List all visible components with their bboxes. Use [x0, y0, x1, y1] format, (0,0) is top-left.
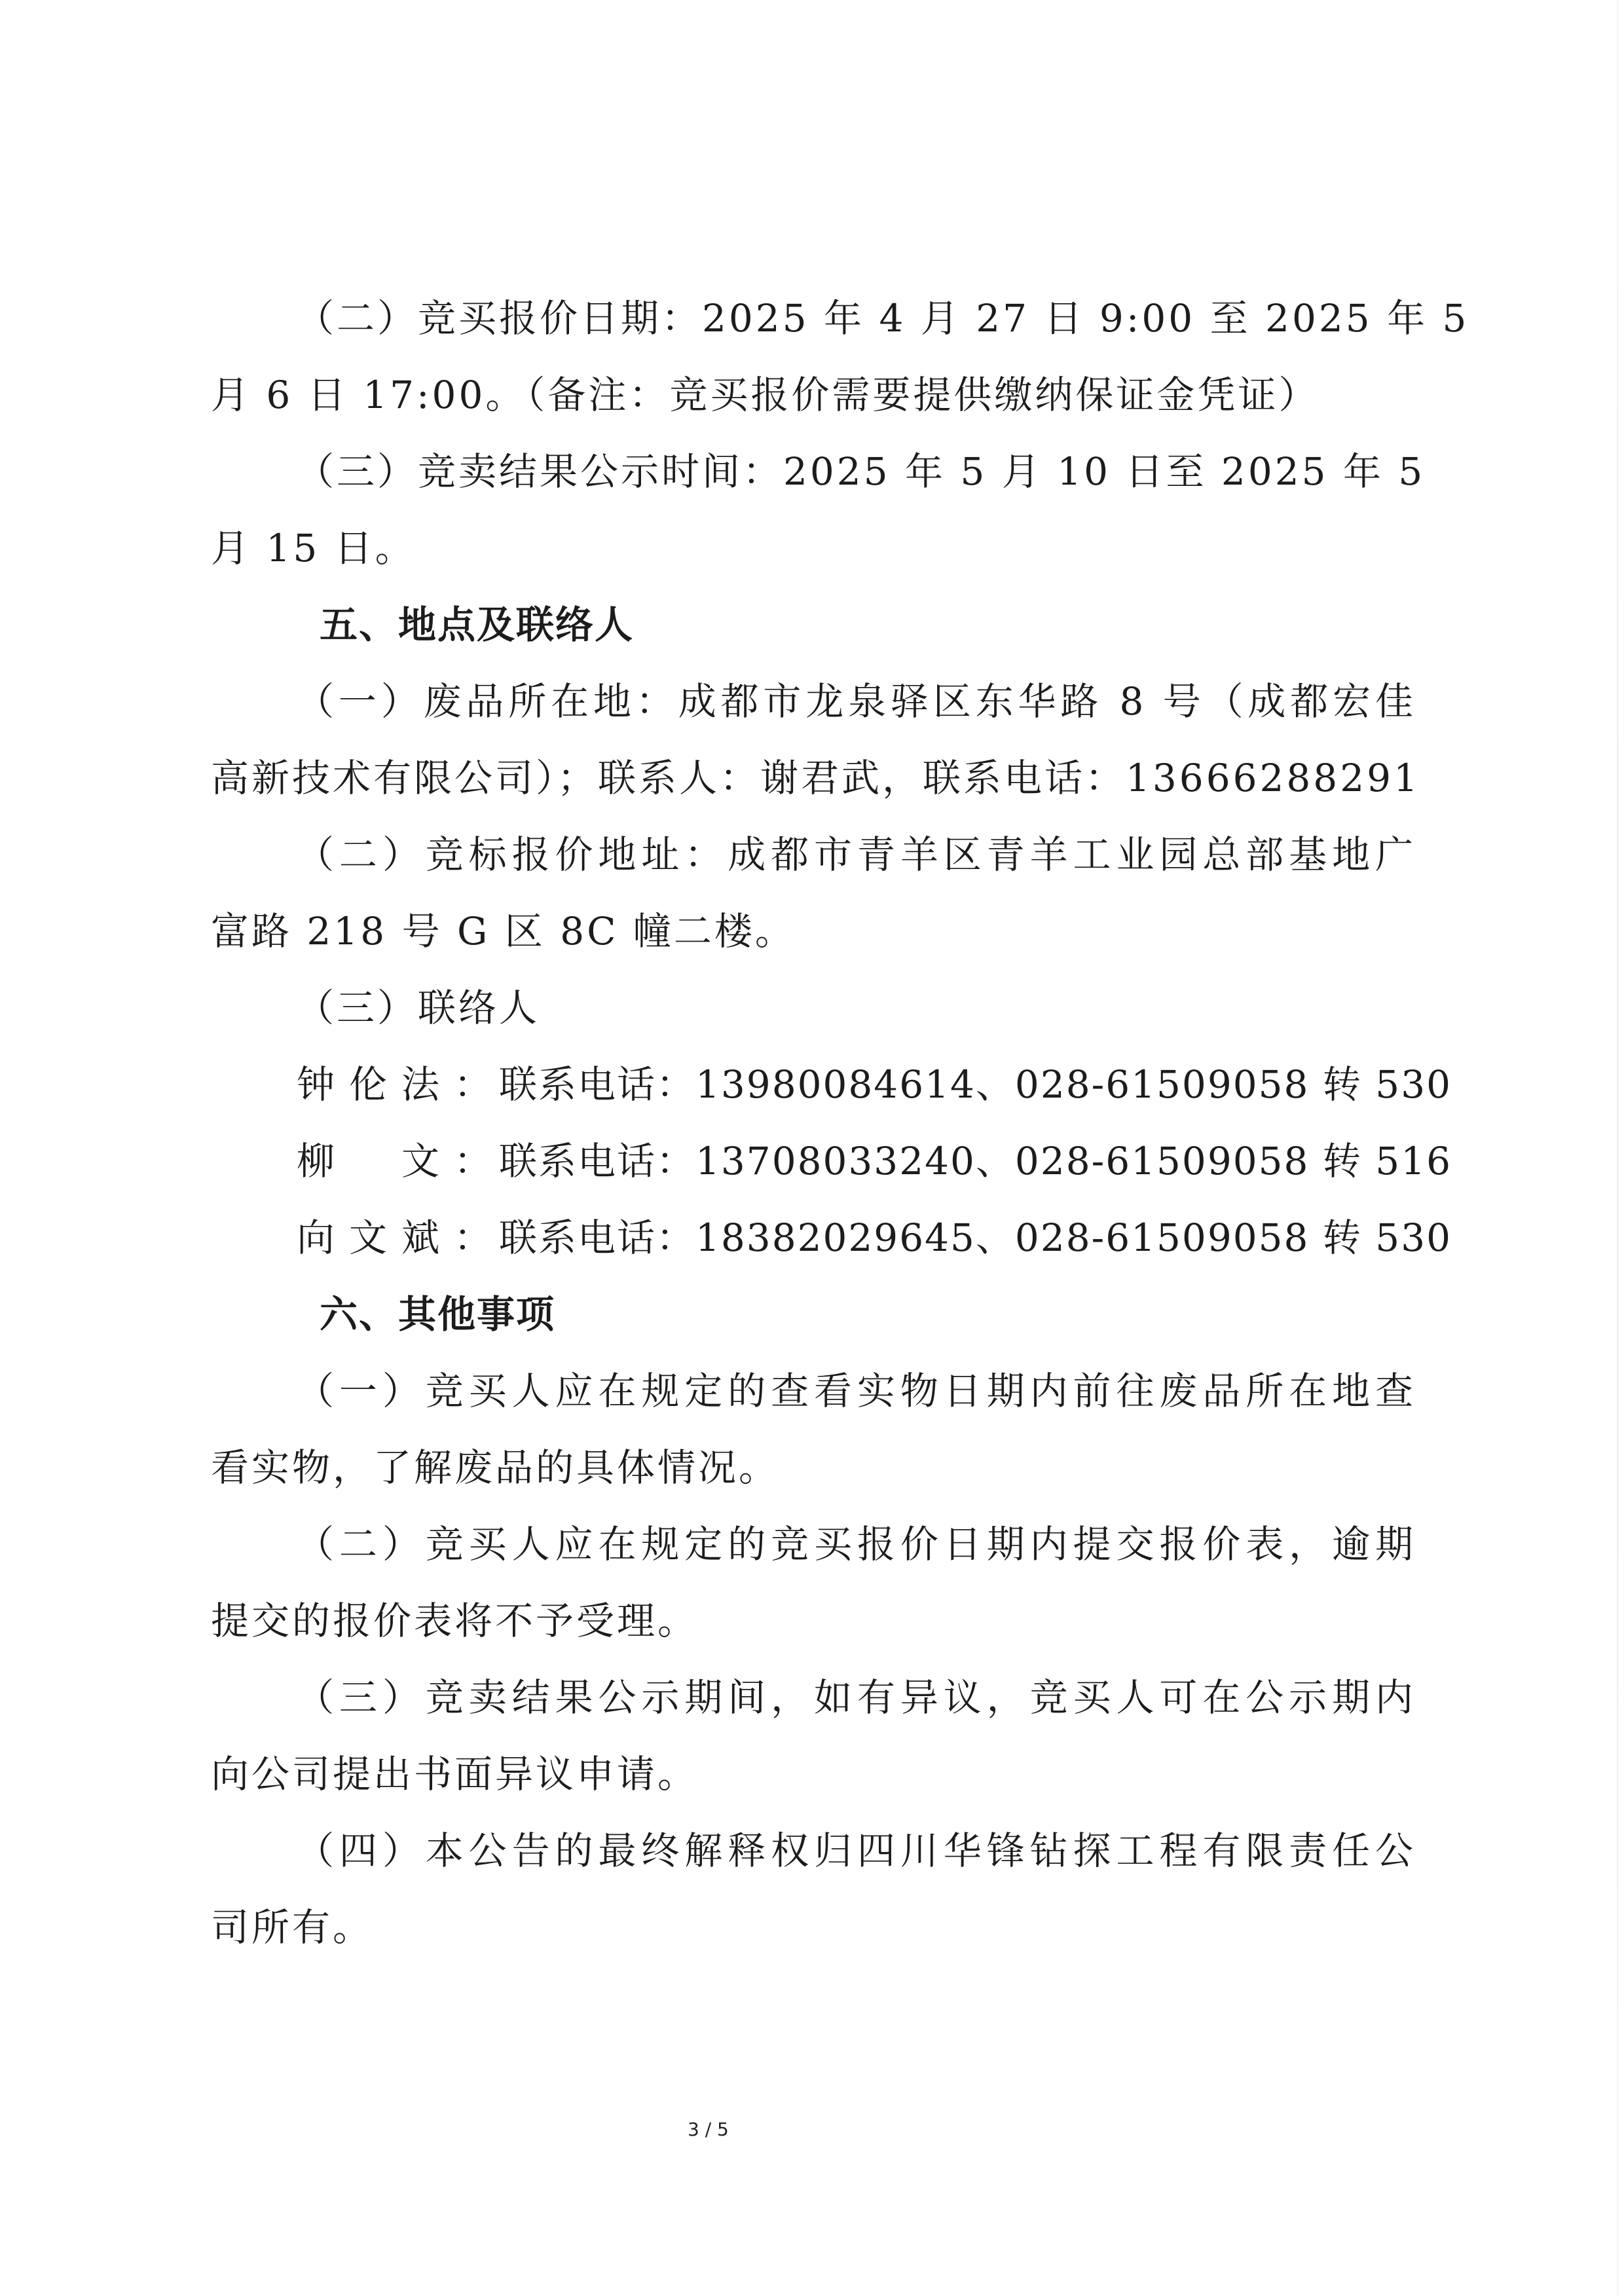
page-number: 3 / 5 [688, 2119, 740, 2140]
other-item-2-line-1: （二）竞买人应在规定的竞买报价日期内提交报价表，逾期 [296, 1518, 1416, 1570]
result-publicity-line-1: （三）竞卖结果公示时间：2025 年 5 月 10 日至 2025 年 5 [296, 445, 1416, 498]
other-item-1-line-2: 看实物，了解废品的具体情况。 [211, 1441, 1416, 1494]
contact-name: 柳 文： [297, 1135, 493, 1187]
contact-phone: 联系电话：18382029645、028-61509058 转 530 [499, 1212, 1452, 1264]
waste-location-line-2: 高新技术有限公司）；联系人：谢君武，联系电话：13666288291 [211, 752, 1416, 804]
bid-address-line-2: 富路 218 号 G 区 8C 幢二楼。 [211, 905, 1416, 957]
waste-location-line-1: （一）废品所在地：成都市龙泉驿区东华路 8 号（成都宏佳 [296, 675, 1416, 728]
other-item-4-line-1: （四）本公告的最终解释权归四川华锋钻探工程有限责任公 [296, 1824, 1416, 1877]
contact-row: 柳 文：联系电话：13708033240、028-61509058 转 516 [297, 1135, 1452, 1187]
bid-period-line-1: （二）竞买报价日期：2025 年 4 月 27 日 9:00 至 2025 年 … [296, 292, 1416, 344]
contact-phone: 联系电话：13708033240、028-61509058 转 516 [499, 1135, 1452, 1187]
contact-name: 向文斌： [297, 1212, 493, 1264]
bid-address-line-1: （二）竞标报价地址：成都市青羊区青羊工业园总部基地广 [296, 828, 1416, 881]
section-6-heading: 六、其他事项 [320, 1288, 1524, 1341]
result-publicity-line-2: 月 15 日。 [211, 522, 1416, 574]
other-item-4-line-2: 司所有。 [211, 1901, 1416, 1953]
scan-edge-artifact [1617, 0, 1619, 2296]
section-5-heading: 五、地点及联络人 [320, 599, 1524, 651]
other-item-3-line-2: 向公司提出书面异议申请。 [211, 1748, 1416, 1800]
other-item-2-line-2: 提交的报价表将不予受理。 [211, 1595, 1416, 1647]
bid-period-line-2: 月 6 日 17:00。（备注：竞买报价需要提供缴纳保证金凭证） [211, 369, 1416, 421]
document-page: （二）竞买报价日期：2025 年 4 月 27 日 9:00 至 2025 年 … [0, 0, 1624, 2296]
contacts-title: （三）联络人 [296, 982, 1416, 1034]
contact-name: 钟伦法： [297, 1058, 493, 1111]
contact-row: 向文斌：联系电话：18382029645、028-61509058 转 530 [297, 1212, 1452, 1264]
contact-phone: 联系电话：13980084614、028-61509058 转 530 [499, 1058, 1452, 1111]
contact-row: 钟伦法：联系电话：13980084614、028-61509058 转 530 [297, 1058, 1452, 1111]
other-item-1-line-1: （一）竞买人应在规定的查看实物日期内前往废品所在地查 [296, 1365, 1416, 1417]
other-item-3-line-1: （三）竞卖结果公示期间，如有异议，竞买人可在公示期内 [296, 1671, 1416, 1724]
